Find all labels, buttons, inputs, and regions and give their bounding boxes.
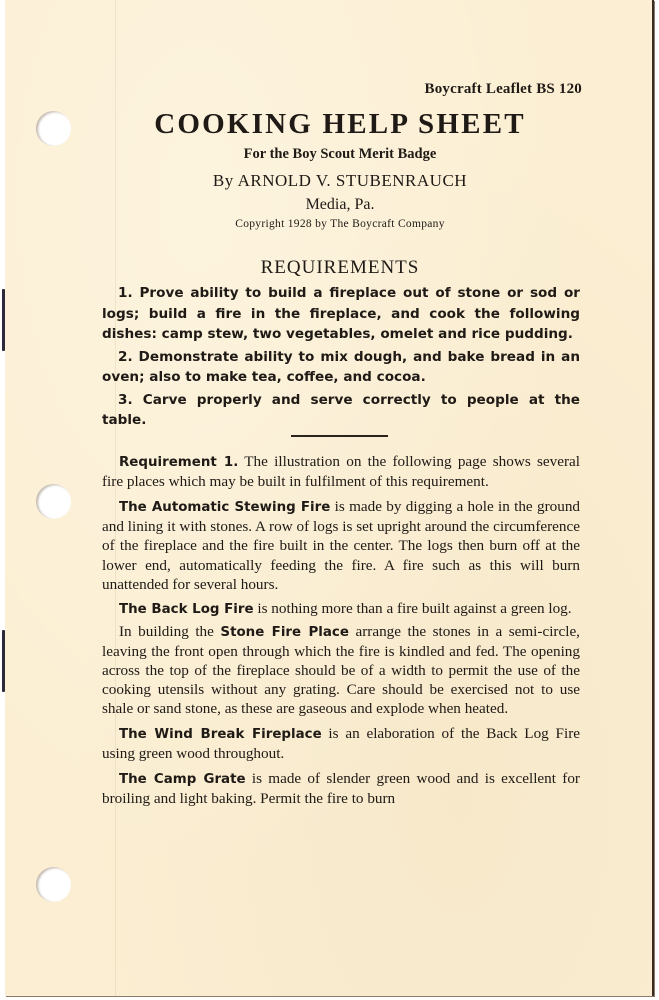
- body-text: Requirement 1. The illustration on the f…: [102, 452, 580, 814]
- page-title: COOKING HELP SHEET: [0, 108, 659, 141]
- punch-hole-bottom: [36, 867, 71, 902]
- leaflet-id: Boycraft Leaflet BS 120: [425, 81, 583, 98]
- bold-term: Requirement 1.: [119, 455, 238, 470]
- location: Media, Pa.: [0, 196, 659, 214]
- paragraph: The Camp Grate is made of slender green …: [102, 769, 580, 808]
- subtitle: For the Boy Scout Merit Badge: [0, 146, 659, 163]
- paragraph: Requirement 1. The illustration on the f…: [102, 452, 580, 491]
- author: By ARNOLD V. STUBENRAUCH: [0, 171, 659, 191]
- paragraph: The Automatic Stewing Fire is made by di…: [102, 497, 580, 594]
- bold-term: The Automatic Stewing Fire: [119, 500, 330, 515]
- paragraph: In building the Stone Fire Place arrange…: [102, 622, 580, 719]
- paragraph-text: is nothing more than a fire built agains…: [254, 600, 572, 617]
- paragraph: The Wind Break Fireplace is an elaborati…: [102, 724, 580, 763]
- binder-edge-mark: [2, 289, 5, 351]
- requirements-list: 1. Prove ability to build a fireplace ou…: [102, 283, 580, 433]
- requirement-item: 3. Carve properly and serve correctly to…: [102, 390, 580, 431]
- requirement-item: 1. Prove ability to build a fireplace ou…: [102, 283, 580, 345]
- requirements-heading: REQUIREMENTS: [0, 257, 659, 279]
- bold-term: Stone Fire Place: [220, 625, 349, 640]
- paragraph: The Back Log Fire is nothing more than a…: [102, 599, 580, 619]
- paragraph-prefix: In building the: [119, 623, 220, 640]
- copyright: Copyright 1928 by The Boycraft Company: [0, 218, 659, 230]
- punch-hole-middle: [36, 484, 71, 519]
- bold-term: The Camp Grate: [119, 772, 246, 787]
- section-divider: [291, 435, 388, 437]
- requirement-item: 2. Demonstrate ability to mix dough, and…: [102, 347, 580, 388]
- bold-term: The Back Log Fire: [119, 602, 254, 617]
- binder-edge-mark: [2, 630, 5, 692]
- bold-term: The Wind Break Fireplace: [119, 727, 322, 742]
